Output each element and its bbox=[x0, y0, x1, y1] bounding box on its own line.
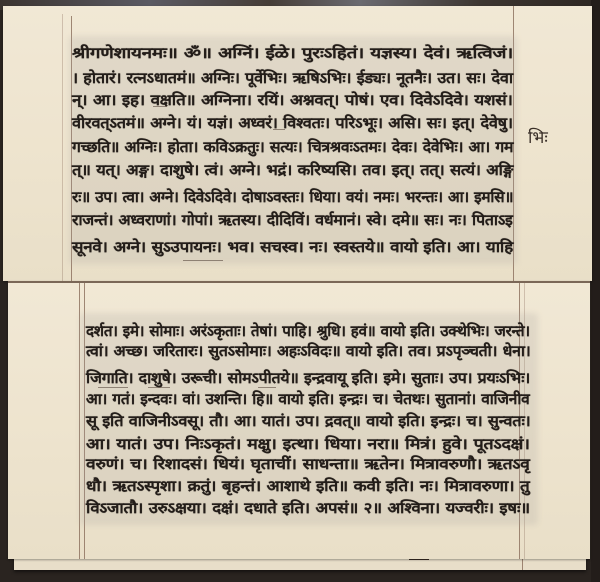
text-line: । होतारं। रत्नऽधातमं॥ अग्निः। पूर्वेभिः।… bbox=[72, 68, 513, 88]
text-line-content: दर्शत। इमे। सोमाः। अरंऽकृताः। तेषां। पाह… bbox=[86, 321, 530, 341]
text-line: जिगाति। दाशुषे। उरूची। सोमऽपीतये॥ इन्द्र… bbox=[86, 368, 530, 388]
background-strip-right bbox=[591, 0, 600, 582]
text-line-content: त्वां। अच्छ। जरितारः। सुतऽसोमाः। अहःऽविद… bbox=[86, 341, 530, 361]
text-line: गच्छति॥ अग्निः। होता। कविऽक्रतुः। सत्यः।… bbox=[72, 137, 513, 157]
manuscript-page-lower: दर्शत। इमे। सोमाः। अरंऽकृताः। तेषां। पाह… bbox=[8, 281, 590, 559]
accent-mark bbox=[153, 106, 167, 107]
text-line: विऽजातौ। उरुऽक्षया। दक्षं। दधाते इति। अप… bbox=[86, 498, 530, 518]
manuscript-page-upper: श्रीगणेशायनमः॥ ॐ॥ अग्निं। ईळे। पुरःऽहितं… bbox=[3, 6, 592, 281]
text-line-content: वीरवत्ऽतमं॥ अग्ने। यं। यज्ञं। अध्वरं। वि… bbox=[72, 113, 513, 133]
manuscript-photograph: श्रीगणेशायनमः॥ ॐ॥ अग्निं। ईळे। पुरःऽहितं… bbox=[0, 0, 600, 582]
text-line-content: राजन्तं। अध्वराणां। गोपां। ऋतस्य। दीदिवि… bbox=[72, 210, 513, 230]
text-line: आ। यातं। उप। निःऽकृतं। मक्षु। इत्था। धिय… bbox=[86, 434, 530, 454]
text-line: आ। गतं। इन्दवः। वां। उशन्ति। हि॥ वायो इत… bbox=[86, 389, 530, 409]
text-line: त्॥ यत्। अङ्ग। दाशुषे। त्वं। अग्ने। भद्र… bbox=[72, 160, 513, 180]
text-line: न्। आ। इह। वक्षति॥ अग्निना। रयिं। अश्नवत… bbox=[72, 90, 513, 110]
text-line: श्रीगणेशायनमः॥ ॐ॥ अग्निं। ईळे। पुरःऽहितं… bbox=[72, 43, 513, 63]
accent-mark bbox=[183, 260, 223, 261]
margin-rule-left-outer bbox=[62, 14, 63, 281]
accent-mark bbox=[258, 387, 276, 388]
text-line-content: आ। गतं। इन्दवः। वां। उशन्ति। हि॥ वायो इत… bbox=[86, 389, 530, 409]
folio-margin-note: भिः bbox=[528, 128, 548, 148]
text-line-content: गच्छति॥ अग्निः। होता। कविऽक्रतुः। सत्यः।… bbox=[72, 137, 513, 157]
text-line: धौ। ऋतऽस्पृशा। क्रतुं। बृहन्तं। आशाथे इत… bbox=[86, 476, 530, 496]
text-line: दर्शत। इमे। सोमाः। अरंऽकृताः। तेषां। पाह… bbox=[86, 321, 530, 341]
text-line-content: विऽजातौ। उरुऽक्षया। दक्षं। दधाते इति। अप… bbox=[86, 498, 530, 518]
text-line: राजन्तं। अध्वराणां। गोपां। ऋतस्य। दीदिवि… bbox=[72, 210, 513, 230]
accent-mark bbox=[98, 387, 128, 388]
text-line-content: श्रीगणेशायनमः॥ ॐ॥ अग्निं। ईळे। पुरःऽहितं… bbox=[72, 43, 513, 63]
text-line-content: रः॥ उप। त्वा। अग्ने। दिवेऽदिवे। दोषाऽवस्… bbox=[72, 187, 513, 207]
text-line-content: धौ। ऋतऽस्पृशा। क्रतुं। बृहन्तं। आशाथे इत… bbox=[86, 476, 530, 496]
text-line-content: आ। यातं। उप। निःऽकृतं। मक्षु। इत्था। धिय… bbox=[86, 434, 530, 454]
text-line-content: वरुणं। च। रिशादसं। धियं। घृताचीं। साधन्त… bbox=[86, 454, 530, 474]
accent-mark bbox=[273, 129, 285, 130]
text-line: रः॥ उप। त्वा। अग्ने। दिवेऽदिवे। दोषाऽवस्… bbox=[72, 187, 513, 207]
text-line: सूनवे। अग्ने। सुऽउपायनः। भव। सचस्व। नः। … bbox=[72, 237, 513, 257]
text-line: वरुणं। च। रिशादसं। धियं। घृताचीं। साधन्त… bbox=[86, 454, 530, 474]
accent-mark bbox=[148, 387, 170, 388]
text-line-content: सू इति वाजिनीऽवसू। तौ। आ। यातं। उप। द्रव… bbox=[86, 411, 531, 431]
text-line-content: जिगाति। दाशुषे। उरूची। सोमऽपीतये॥ इन्द्र… bbox=[86, 368, 530, 388]
text-line: वीरवत्ऽतमं॥ अग्ने। यं। यज्ञं। अध्वरं। वि… bbox=[72, 113, 513, 133]
text-line-content: सूनवे। अग्ने। सुऽउपायनः। भव। सचस्व। नः। … bbox=[72, 237, 513, 257]
text-line: सू इति वाजिनीऽवसू। तौ। आ। यातं। उप। द्रव… bbox=[86, 411, 530, 431]
text-line: त्वां। अच्छ। जरितारः। सुतऽसोमाः। अहःऽविद… bbox=[86, 341, 530, 361]
text-line-content: । होतारं। रत्नऽधातमं॥ अग्निः। पूर्वेभिः।… bbox=[72, 68, 513, 88]
text-line-content: न्। आ। इह। वक्षति॥ अग्निना। रयिं। अश्नवत… bbox=[72, 90, 513, 110]
text-line-content: त्॥ यत्। अङ्ग। दाशुषे। त्वं। अग्ने। भद्र… bbox=[72, 160, 513, 180]
